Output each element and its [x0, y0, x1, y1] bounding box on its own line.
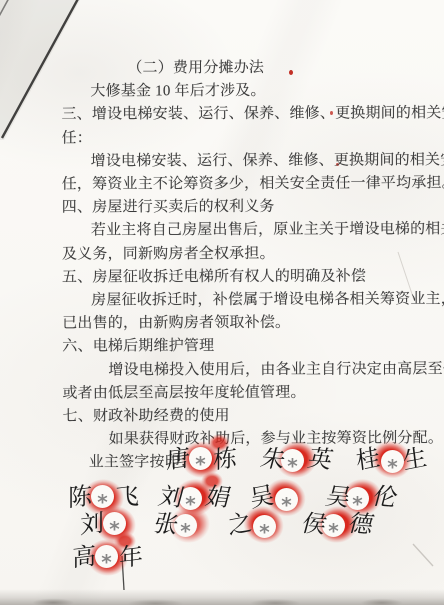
signature-block: 唐*栋朱*英桂*生陈*飞刘*娟吴*吴*伦刘*张*之*侯*德高*年: [0, 0, 444, 605]
handwritten-name-part: 伦: [370, 485, 400, 511]
handwritten-name-part: 高: [72, 544, 96, 571]
redaction-circle: *: [189, 447, 212, 470]
handwritten-name-part: 飞: [115, 484, 139, 511]
handwritten-name-part: 德: [346, 512, 376, 538]
signature: 高*年: [72, 539, 143, 576]
signature-row: 高*年: [72, 539, 143, 576]
redaction-circle: *: [95, 545, 118, 568]
signature: 吴*伦: [326, 479, 397, 516]
scan-bottom-shadow: [0, 589, 444, 605]
handwritten-name-part: 生: [402, 445, 428, 473]
redaction-circle: *: [275, 488, 298, 511]
signature: 朱*英: [261, 441, 332, 478]
redaction-circle: *: [253, 515, 276, 538]
handwritten-name-part: 年: [119, 544, 143, 571]
handwritten-name-part: 之: [227, 510, 253, 538]
handwritten-name-part: 英: [305, 447, 335, 473]
handwritten-name-part: 栋: [213, 446, 237, 473]
redaction-circle: *: [381, 450, 404, 473]
handwritten-name-part: 唐: [166, 446, 190, 473]
scanned-agreement-page: { "document": { "section_heading": "（二）费…: [0, 0, 444, 605]
signature: 唐*栋: [166, 441, 237, 478]
handwritten-name-part: 桂: [355, 445, 381, 473]
signature: 刘*娟: [159, 479, 230, 516]
signature: 张*: [154, 506, 210, 543]
signature-row: 唐*栋朱*英桂*生: [166, 441, 427, 478]
redaction-circle: *: [103, 512, 126, 535]
handwritten-name-part: 吴: [249, 483, 275, 511]
handwritten-name-part: 刘: [80, 511, 104, 538]
handwritten-name-part: 陈: [68, 484, 92, 511]
signature: 桂*生: [356, 441, 427, 478]
redaction-circle: *: [91, 485, 114, 508]
signature: 侯*德: [302, 506, 373, 543]
